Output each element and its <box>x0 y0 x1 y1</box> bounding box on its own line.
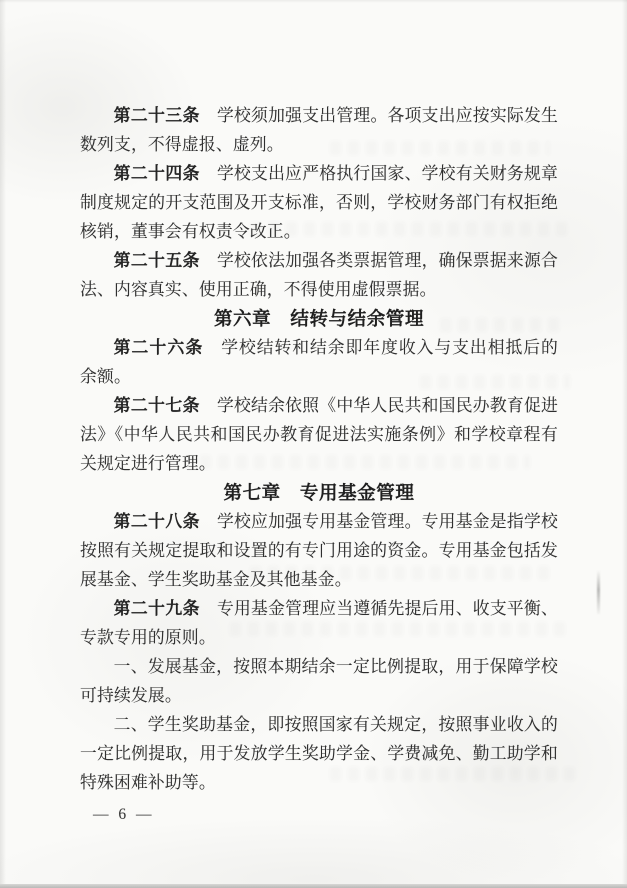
article-text-line: 展基金、学生奖助基金及其他基金。 <box>80 565 558 594</box>
list-item-text-line: 可持续发展。 <box>80 681 558 710</box>
chapter-heading: 第七章 专用基金管理 <box>80 478 558 507</box>
article-number: 第二十九条 <box>114 599 200 618</box>
article-text-line: 第二十三条 学校须加强支出管理。各项支出应按实际发生 <box>80 101 558 130</box>
list-item-text-line: 一定比例提取，用于发放学生奖助学金、学费减免、勤工助学和 <box>80 739 558 768</box>
page-edge-right <box>622 0 627 888</box>
page-edge-top <box>0 0 627 3</box>
article-text-line: 按照有关规定提取和设置的有专门用途的资金。专用基金包括发 <box>80 536 558 565</box>
article-number: 第二十四条 <box>114 164 200 183</box>
article-text-line: 第二十九条 专用基金管理应当遵循先提后用、收支平衡、 <box>80 594 558 623</box>
article-text-line: 第二十六条 学校结转和结余即年度收入与支出相抵后的 <box>80 333 558 362</box>
article-text-line: 第二十五条 学校依法加强各类票据管理，确保票据来源合 <box>80 246 558 275</box>
article-text-line: 第二十八条 学校应加强专用基金管理。专用基金是指学校 <box>80 507 558 536</box>
list-item-text-line: 特殊困难补助等。 <box>80 768 558 797</box>
list-item-text-line: 二、学生奖助基金，即按照国家有关规定，按照事业收入的 <box>80 710 558 739</box>
list-item-text-line: 一、发展基金，按照本期结余一定比例提取，用于保障学校 <box>80 652 558 681</box>
article-text-line: 法、内容真实、使用正确，不得使用虚假票据。 <box>80 275 558 304</box>
page-edge-bottom <box>0 884 627 888</box>
article-text-line: 关规定进行管理。 <box>80 449 558 478</box>
page-edge-left <box>0 0 6 888</box>
document-body: 第二十三条 学校须加强支出管理。各项支出应按实际发生数列支，不得虚报、虚列。第二… <box>80 101 558 797</box>
page-number: — 6 — <box>93 806 153 824</box>
article-number: 第二十八条 <box>114 512 200 531</box>
article-text-line: 数列支，不得虚报、虚列。 <box>80 130 558 159</box>
scan-streak-artifact <box>597 570 600 614</box>
article-number: 第二十五条 <box>114 251 200 270</box>
article-number: 第二十六条 <box>114 338 204 357</box>
article-text-line: 核销，董事会有权责令改正。 <box>80 217 558 246</box>
article-number: 第二十三条 <box>114 106 200 125</box>
article-text-line: 第二十四条 学校支出应严格执行国家、学校有关财务规章 <box>80 159 558 188</box>
article-text-line: 制度规定的开支范围及开支标准，否则，学校财务部门有权拒绝 <box>80 188 558 217</box>
article-text-line: 第二十七条 学校结余依照《中华人民共和国民办教育促进 <box>80 391 558 420</box>
article-number: 第二十七条 <box>114 396 200 415</box>
article-text-line: 余额。 <box>80 362 558 391</box>
article-text-line: 专款专用的原则。 <box>80 623 558 652</box>
scanned-document-page: 第二十三条 学校须加强支出管理。各项支出应按实际发生数列支，不得虚报、虚列。第二… <box>0 0 627 888</box>
chapter-heading: 第六章 结转与结余管理 <box>80 304 558 333</box>
article-text-line: 法》《中华人民共和国民办教育促进法实施条例》和学校章程有 <box>80 420 558 449</box>
